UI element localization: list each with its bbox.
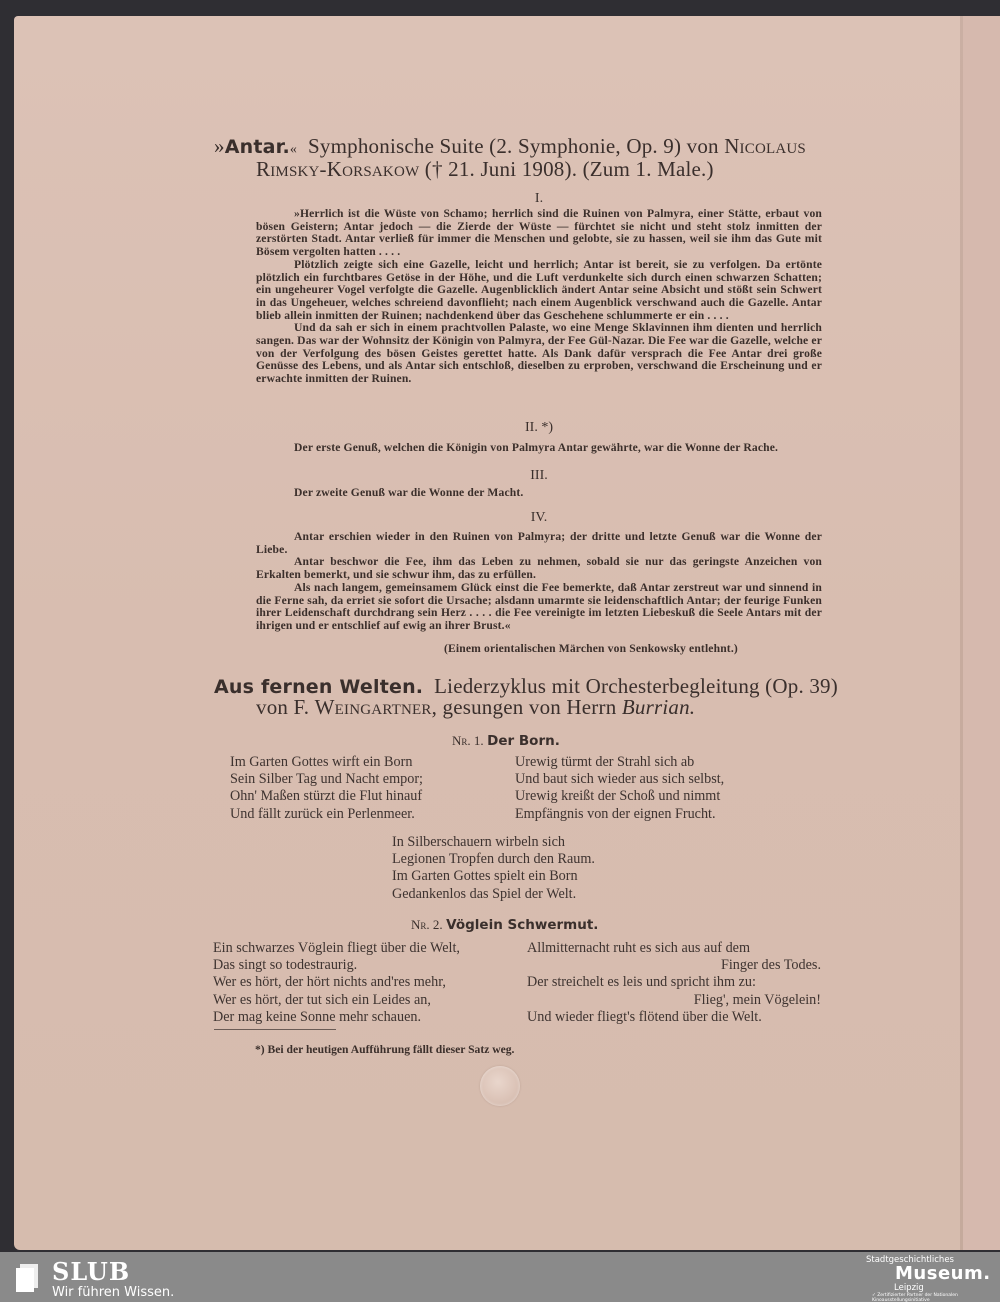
song-number: Nr. 2. (411, 917, 443, 932)
song-title: Der Born. (487, 733, 560, 749)
paragraph: Der erste Genuß, welchen die Königin von… (256, 442, 822, 455)
antar-source-note: (Einem orientalischen Märchen von Senkow… (444, 643, 738, 656)
antar-title-line1: »Antar.« Symphonische Suite (2. Symphoni… (214, 134, 806, 159)
viewer-footer: SLUB Wir führen Wissen. Stadtgeschichtli… (0, 1252, 1000, 1302)
verse-line: Im Garten Gottes wirft ein Born (230, 754, 423, 771)
antar-title: Antar. (225, 136, 290, 158)
slub-logo[interactable]: SLUB (52, 1257, 130, 1286)
verse-line: Legionen Tropfen durch den Raum. (392, 851, 595, 868)
museum-certification: ✓ Zertifizierter Partner der Nationalen … (872, 1293, 1000, 1302)
song-1-heading: Nr. 1. Der Born. (452, 733, 560, 750)
section-numeral-3: III. (509, 468, 569, 484)
section-numeral-4: IV. (509, 510, 569, 526)
next-page-edge (963, 16, 1000, 1250)
welten-title-line2: von F. Weingartner, gesungen von Herrn B… (256, 695, 695, 720)
composer-last-name: Rimsky-Korsakow (256, 157, 419, 181)
scanned-page (14, 16, 1000, 1250)
quote-open: » (214, 134, 225, 158)
embossed-seal-icon (480, 1066, 520, 1106)
book-pages-icon (14, 1264, 40, 1292)
paragraph: Der zweite Genuß war die Wonne der Macht… (256, 487, 822, 500)
verse-line: Das singt so todestraurig. (213, 957, 460, 974)
welten-composer: Weingartner (315, 695, 432, 719)
antar-date-note: († 21. Juni 1908). (Zum 1. Male.) (425, 157, 714, 181)
section-3-text: Der zweite Genuß war die Wonne der Macht… (256, 487, 822, 500)
museum-logo[interactable]: Museum. (895, 1263, 991, 1284)
verse-line: Und fällt zurück ein Perlenmeer. (230, 806, 423, 823)
quote-close: « (290, 142, 297, 157)
footnote: *) Bei der heutigen Aufführung fällt die… (255, 1043, 514, 1056)
paragraph: »Herrlich ist die Wüste von Schamo; herr… (256, 208, 822, 259)
section-4-text: Antar erschien wieder in den Ruinen von … (256, 531, 822, 633)
verse-line: Gedankenlos das Spiel der Welt. (392, 886, 595, 903)
section-2-text: Der erste Genuß, welchen die Königin von… (256, 442, 822, 455)
composer-first-name: Nicolaus (724, 134, 806, 158)
paragraph: Plötzlich zeigte sich eine Gazelle, leic… (256, 259, 822, 323)
verse-line: Im Garten Gottes spielt ein Born (392, 868, 595, 885)
footnote-rule (214, 1029, 336, 1030)
verse-line: Urewig türmt der Strahl sich ab (515, 754, 724, 771)
section-1-text: »Herrlich ist die Wüste von Schamo; herr… (256, 208, 822, 386)
verse-line: Wer es hört, der tut sich ein Leides an, (213, 992, 460, 1009)
paragraph: Und da sah er sich in einem prachtvollen… (256, 322, 822, 386)
antar-subtitle: Symphonische Suite (2. Symphonie, Op. 9)… (308, 134, 719, 158)
section-numeral-1: I. (509, 191, 569, 207)
song-2-stanza-right: Allmitternacht ruht es sich aus auf dem … (527, 940, 821, 1026)
paragraph: Antar erschien wieder in den Ruinen von … (256, 531, 822, 556)
paragraph: Antar beschwor die Fee, ihm das Leben zu… (256, 556, 822, 581)
verse-line: Allmitternacht ruht es sich aus auf dem (527, 940, 821, 957)
verse-line: Finger des Todes. (527, 957, 821, 974)
verse-line: Und wieder fliegt's flötend über die Wel… (527, 1009, 821, 1026)
song-1-stanza-right: Urewig türmt der Strahl sich ab Und baut… (515, 754, 724, 823)
section-numeral-2: II. *) (509, 420, 569, 436)
antar-title-line2: Rimsky-Korsakow († 21. Juni 1908). (Zum … (256, 157, 714, 182)
song-2-heading: Nr. 2. Vöglein Schwermut. (411, 917, 598, 934)
verse-line: Sein Silber Tag und Nacht empor; (230, 771, 423, 788)
song-title: Vöglein Schwermut. (446, 917, 598, 933)
museum-city: Leipzig (894, 1283, 924, 1293)
verse-line: Urewig kreißt der Schoß und nimmt (515, 788, 724, 805)
song-1-stanza-center: In Silberschauern wirbeln sich Legionen … (392, 834, 595, 903)
welten-von: von F. (256, 695, 309, 719)
verse-line: Der mag keine Sonne mehr schauen. (213, 1009, 460, 1026)
verse-line: Wer es hört, der hört nichts and'res meh… (213, 974, 460, 991)
song-2-stanza-left: Ein schwarzes Vöglein fliegt über die We… (213, 940, 460, 1026)
welten-singer: Burrian. (622, 695, 695, 719)
verse-line: Ein schwarzes Vöglein fliegt über die We… (213, 940, 460, 957)
slub-tagline: Wir führen Wissen. (52, 1285, 174, 1300)
verse-line: Empfängnis von der eignen Frucht. (515, 806, 724, 823)
song-number: Nr. 1. (452, 733, 484, 748)
verse-line: Der streichelt es leis und spricht ihm z… (527, 974, 821, 991)
verse-line: Und baut sich wieder aus sich selbst, (515, 771, 724, 788)
song-1-stanza-left: Im Garten Gottes wirft ein Born Sein Sil… (230, 754, 423, 823)
verse-line: In Silberschauern wirbeln sich (392, 834, 595, 851)
verse-line: Flieg', mein Vögelein! (527, 992, 821, 1009)
paragraph: Als nach langem, gemeinsamem Glück einst… (256, 582, 822, 633)
verse-line: Ohn' Maßen stürzt die Flut hinauf (230, 788, 423, 805)
welten-sung-by: , gesungen von Herrn (432, 695, 617, 719)
